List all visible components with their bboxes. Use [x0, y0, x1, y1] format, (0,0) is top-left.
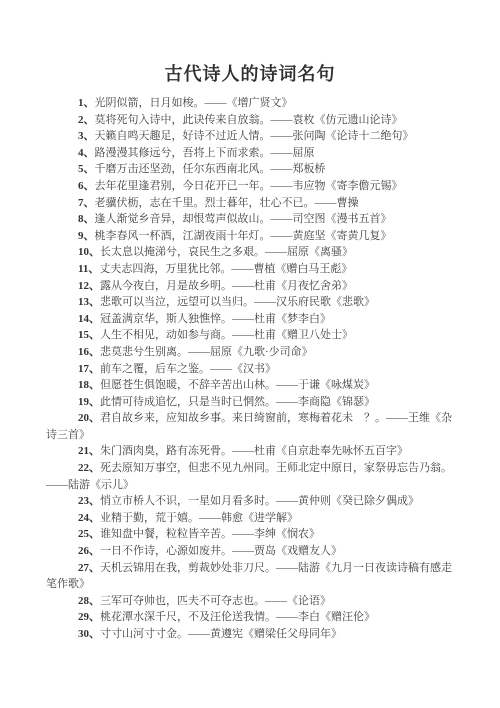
item-number: 5、	[78, 163, 95, 175]
list-item: 23、悄立市桥人不识，一星如月看多时。——黄仲则《癸已除夕偶成》	[46, 493, 458, 510]
list-item: 25、谁知盘中餐，粒粒皆辛苦。——李绅《悯农》	[46, 526, 458, 543]
list-item: 21、朱门酒肉臭，路有冻死骨。——杜甫《自京赴奉先咏怀五百字》	[46, 443, 458, 460]
item-text: 业精于勤，荒于嬉。——韩愈《进学解》	[100, 512, 298, 524]
item-number: 3、	[78, 130, 95, 142]
item-text: 但愿苍生俱饱暖，不辞辛苦出山林。——于谦《咏煤炭》	[100, 379, 375, 391]
item-text: 莫将死句入诗中，此诀传来自放翁。——袁枚《仿元遗山论诗》	[95, 114, 403, 126]
item-text: 路漫漫其修远兮，吾将上下而求索。——屈原	[95, 147, 315, 159]
item-text: 前车之覆，后车之鉴。——《汉书》	[100, 363, 276, 375]
item-number: 4、	[78, 147, 95, 159]
item-text: 悲莫悲兮生别离。——屈原《九歌·少司命》	[100, 346, 313, 358]
item-number: 17、	[78, 363, 100, 375]
list-item: 19、此情可待成追忆，只是当时已惘然。——李商隐《锦瑟》	[46, 394, 458, 411]
item-number: 30、	[78, 628, 100, 640]
item-text: 一日不作诗，心源如废井。——贾岛《戏赠友人》	[100, 545, 342, 557]
item-text: 长太息以掩涕兮，哀民生之多艰。——屈原《离骚》	[100, 246, 353, 258]
item-text: 人生不相见，动如参与商。——杜甫《赠卫八处士》	[100, 329, 353, 341]
list-item: 7、老骥伏枥，志在千里。烈士暮年，壮心不已。——曹操	[46, 195, 458, 212]
item-text: 露从今夜白，月是故乡明。——杜甫《月夜忆舍弟》	[100, 280, 353, 292]
item-number: 19、	[78, 396, 100, 408]
item-number: 10、	[78, 246, 100, 258]
item-number: 12、	[78, 280, 100, 292]
item-text: 寸寸山河寸寸金。——黄遵宪《赠梁任父母同年》	[100, 628, 342, 640]
item-text: 逢人渐觉乡音异，却恨莺声似故山。——司空图《漫书五首》	[95, 213, 392, 225]
document-page: 古代诗人的诗词名句 1、光阴似箭，日月如梭。——《增广贤文》2、莫将死句入诗中，…	[0, 0, 500, 708]
page-title: 古代诗人的诗词名句	[0, 62, 500, 86]
list-item: 22、死去原知万事空，但悲不见九州同。王师北定中原日，家祭毋忘告乃翁。——陆游《…	[46, 460, 458, 493]
item-number: 6、	[78, 180, 95, 192]
list-item: 2、莫将死句入诗中，此诀传来自放翁。——袁枚《仿元遗山论诗》	[46, 112, 458, 129]
item-number: 2、	[78, 114, 95, 126]
item-number: 14、	[78, 313, 100, 325]
list-item: 16、悲莫悲兮生别离。——屈原《九歌·少司命》	[46, 344, 458, 361]
item-number: 29、	[78, 611, 100, 623]
list-item: 29、桃花潭水深千尺，不及汪伦送我情。——李白《赠汪伦》	[46, 609, 458, 626]
list-item: 15、人生不相见，动如参与商。——杜甫《赠卫八处士》	[46, 327, 458, 344]
item-number: 18、	[78, 379, 100, 391]
item-number: 22、	[78, 462, 100, 474]
list-item: 30、寸寸山河寸寸金。——黄遵宪《赠梁任父母同年》	[46, 626, 458, 643]
item-number: 23、	[78, 495, 100, 507]
item-text: 老骥伏枥，志在千里。烈士暮年，壮心不已。——曹操	[95, 197, 359, 209]
item-number: 13、	[78, 296, 100, 308]
list-item: 8、逢人渐觉乡音异，却恨莺声似故山。——司空图《漫书五首》	[46, 211, 458, 228]
item-text: 死去原知万事空，但悲不见九州同。王师北定中原日，家祭毋忘告乃翁。——陆游《示儿》	[46, 462, 452, 491]
item-number: 7、	[78, 197, 95, 209]
item-text: 悲歌可以当泣，远望可以当归。——汉乐府民歌《悲歌》	[100, 296, 375, 308]
list-item: 24、业精于勤，荒于嬉。——韩愈《进学解》	[46, 510, 458, 527]
list-item: 3、天籁自鸣天趣足，好诗不过近人情。——张问陶《论诗十二绝句》	[46, 128, 458, 145]
list-item: 1、光阴似箭，日月如梭。——《增广贤文》	[46, 95, 458, 112]
list-item: 5、千磨万击还坚劲，任尔东西南北风。——郑板桥	[46, 161, 458, 178]
item-number: 24、	[78, 512, 100, 524]
item-text: 三军可夺帅也，匹夫不可夺志也。——《论语》	[100, 595, 331, 607]
list-item: 10、长太息以掩涕兮，哀民生之多艰。——屈原《离骚》	[46, 244, 458, 261]
list-item: 12、露从今夜白，月是故乡明。——杜甫《月夜忆舍弟》	[46, 278, 458, 295]
item-number: 25、	[78, 528, 100, 540]
item-number: 27、	[78, 562, 100, 574]
item-number: 15、	[78, 329, 100, 341]
item-number: 20、	[78, 412, 100, 424]
item-text: 桃李春风一杯酒，江湖夜雨十年灯。——黄庭坚《寄黄几复》	[95, 230, 392, 242]
item-number: 28、	[78, 595, 100, 607]
item-text: 天籁自鸣天趣足，好诗不过近人情。——张问陶《论诗十二绝句》	[95, 130, 414, 142]
item-text: 光阴似箭，日月如梭。——《增广贤文》	[95, 97, 293, 109]
item-text: 丈夫志四海，万里犹比邻。——曹植《赠白马王彪》	[99, 263, 352, 275]
item-text: 天机云锦用在我，剪裁妙处非刀尺。——陆游《九月一日夜读诗稿有感走笔作歌》	[46, 562, 452, 591]
list-item: 20、君自故乡来，应知故乡事。来日绮窗前，寒梅着花未 ？。——王维《杂诗三首》	[46, 410, 458, 443]
item-text: 桃花潭水深千尺，不及汪伦送我情。——李白《赠汪伦》	[100, 611, 375, 623]
list-item: 14、冠盖满京华，斯人独憔悴。——杜甫《梦李白》	[46, 311, 458, 328]
item-number: 9、	[78, 230, 95, 242]
list-item: 18、但愿苍生俱饱暖，不辞辛苦出山林。——于谦《咏煤炭》	[46, 377, 458, 394]
item-number: 11、	[78, 263, 99, 275]
item-number: 1、	[78, 97, 95, 109]
item-text: 君自故乡来，应知故乡事。来日绮窗前，寒梅着花未 ？。——王维《杂诗三首》	[46, 412, 452, 441]
list-item: 9、桃李春风一杯酒，江湖夜雨十年灯。——黄庭坚《寄黄几复》	[46, 228, 458, 245]
list-item: 13、悲歌可以当泣，远望可以当归。——汉乐府民歌《悲歌》	[46, 294, 458, 311]
item-text: 朱门酒肉臭，路有冻死骨。——杜甫《自京赴奉先咏怀五百字》	[100, 445, 408, 457]
list-item: 11、丈夫志四海，万里犹比邻。——曹植《赠白马王彪》	[46, 261, 458, 278]
item-text: 悄立市桥人不识，一星如月看多时。——黄仲则《癸已除夕偶成》	[100, 495, 419, 507]
list-item: 4、路漫漫其修远兮，吾将上下而求索。——屈原	[46, 145, 458, 162]
item-number: 8、	[78, 213, 95, 225]
item-text: 此情可待成追忆，只是当时已惘然。——李商隐《锦瑟》	[100, 396, 375, 408]
list-item: 26、一日不作诗，心源如废井。——贾岛《戏赠友人》	[46, 543, 458, 560]
list-item: 28、三军可夺帅也，匹夫不可夺志也。——《论语》	[46, 593, 458, 610]
list-item: 27、天机云锦用在我，剪裁妙处非刀尺。——陆游《九月一日夜读诗稿有感走笔作歌》	[46, 560, 458, 593]
list-item: 17、前车之覆，后车之鉴。——《汉书》	[46, 361, 458, 378]
item-number: 16、	[78, 346, 100, 358]
list-item: 6、去年花里逢君别，今日花开已一年。——韦应物《寄李儋元锡》	[46, 178, 458, 195]
quote-list: 1、光阴似箭，日月如梭。——《增广贤文》2、莫将死句入诗中，此诀传来自放翁。——…	[0, 95, 500, 643]
item-text: 千磨万击还坚劲，任尔东西南北风。——郑板桥	[95, 163, 326, 175]
item-number: 26、	[78, 545, 100, 557]
item-text: 去年花里逢君别，今日花开已一年。——韦应物《寄李儋元锡》	[95, 180, 403, 192]
item-text: 谁知盘中餐，粒粒皆辛苦。——李绅《悯农》	[100, 528, 320, 540]
item-number: 21、	[78, 445, 100, 457]
item-text: 冠盖满京华，斯人独憔悴。——杜甫《梦李白》	[100, 313, 331, 325]
